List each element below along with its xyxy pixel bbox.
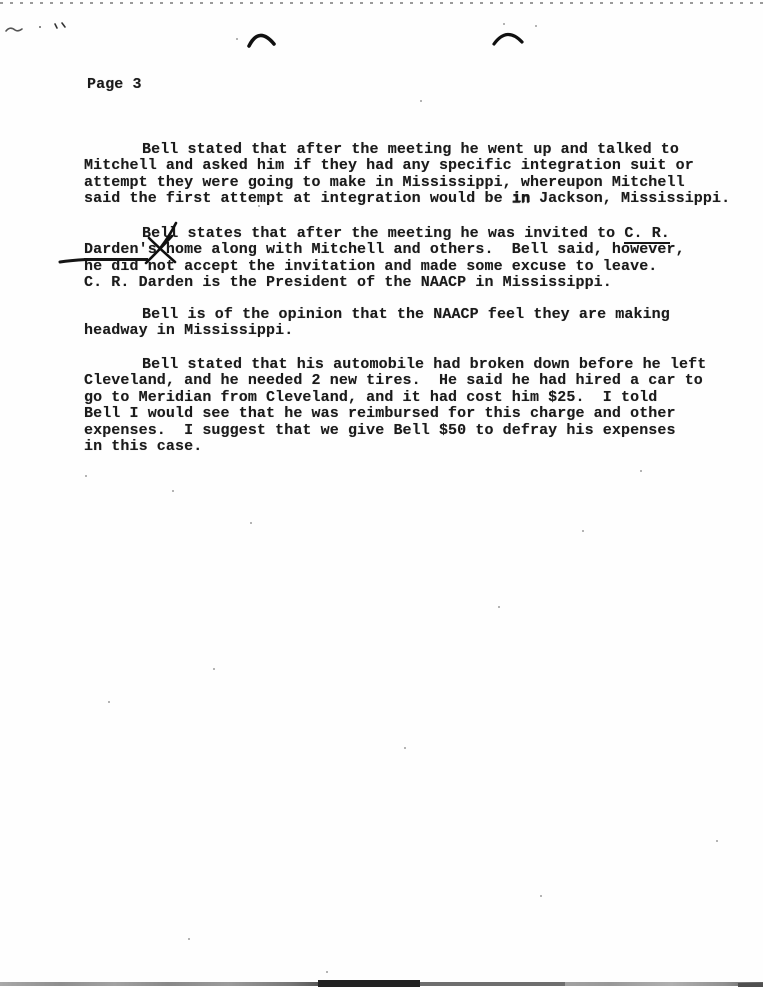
text-line: Bell states that after the meeting he wa… <box>84 226 744 242</box>
text-line: Bell is of the opinion that the NAACP fe… <box>84 307 744 323</box>
scan-speck <box>236 38 238 40</box>
scan-speck <box>582 530 584 532</box>
scan-perforation-dots <box>0 2 763 4</box>
page-number-label: Page 3 <box>87 76 142 93</box>
scan-speck <box>420 100 422 102</box>
text-segment: Jackson, Mississippi. <box>530 190 730 207</box>
scan-speck <box>498 606 500 608</box>
scan-speck <box>716 840 718 842</box>
ink-tick <box>62 23 65 27</box>
text-line: C. R. Darden is the President of the NAA… <box>84 275 744 291</box>
text-line: attempt they were going to make in Missi… <box>84 175 744 191</box>
text-line: headway in Mississippi. <box>84 323 744 339</box>
text-line: Bell I would see that he was reimbursed … <box>84 406 744 422</box>
text-segment: Bell stated that after the meeting he we… <box>142 141 679 158</box>
scan-speck <box>535 25 537 27</box>
ink-speck <box>39 26 41 28</box>
scan-speck <box>503 23 505 25</box>
text-line: in this case. <box>84 439 744 455</box>
paragraph: Bell is of the opinion that the NAACP fe… <box>84 307 744 340</box>
text-line: said the first attempt at integration wo… <box>84 191 744 207</box>
text-line: Darden's home along with Mitchell and ot… <box>84 242 744 258</box>
text-segment: headway in Mississippi. <box>84 322 293 339</box>
scan-speck <box>326 971 328 973</box>
text-segment: Bell stated that his automobile had brok… <box>142 356 706 373</box>
text-segment: Bell states that after the meeting he wa… <box>142 225 624 242</box>
text-segment: Mitchell and asked him if they had any s… <box>84 157 694 174</box>
text-segment: attempt they were going to make in Missi… <box>84 174 685 191</box>
text-line: Bell stated that his automobile had brok… <box>84 357 744 373</box>
text-segment: Cleveland, and he needed 2 new tires. He… <box>84 372 703 389</box>
scan-edge-artifact <box>420 982 565 986</box>
scan-speck <box>108 701 110 703</box>
text-segment: s home along with Mitchell and others. B… <box>148 241 685 258</box>
scan-speck <box>172 490 174 492</box>
text-segment: Bell I would see that he was reimbursed … <box>84 405 676 422</box>
text-segment: in this case. <box>84 438 202 455</box>
text-line: go to Meridian from Cleveland, and it ha… <box>84 390 744 406</box>
scanned-document-page: Page 3 Bell stated that after the meetin… <box>0 0 763 988</box>
scan-speck <box>404 747 406 749</box>
scan-speck <box>213 668 215 670</box>
text-line: he did not accept the invitation and mad… <box>84 259 744 275</box>
scan-speck <box>640 470 642 472</box>
paragraph: Bell stated that after the meeting he we… <box>84 142 744 208</box>
ink-tick <box>55 24 57 28</box>
text-segment: C. R. Darden is the President of the NAA… <box>84 274 612 291</box>
text-segment: he did not accept the invitation and mad… <box>84 258 657 275</box>
scan-speck <box>188 938 190 940</box>
text-line: Cleveland, and he needed 2 new tires. He… <box>84 373 744 389</box>
text-segment: expenses. I suggest that we give Bell $5… <box>84 422 676 439</box>
text-line: Mitchell and asked him if they had any s… <box>84 158 744 174</box>
scan-speck <box>540 895 542 897</box>
scan-speck <box>258 205 260 207</box>
pen-underline-extension <box>60 260 86 263</box>
scan-edge-artifact <box>318 980 420 987</box>
text-segment: said the first attempt at integration wo… <box>84 190 512 207</box>
scan-edge-artifact <box>738 983 763 987</box>
text-segment: go to Meridian from Cleveland, and it ha… <box>84 389 657 406</box>
text-segment: Bell is of the opinion that the NAACP fe… <box>142 306 670 323</box>
text-line: expenses. I suggest that we give Bell $5… <box>84 423 744 439</box>
ink-smudge <box>6 28 22 31</box>
pen-arc-left <box>249 35 274 46</box>
overstruck-text: in <box>512 190 530 207</box>
scan-speck <box>85 475 87 477</box>
paragraph: Bell stated that his automobile had brok… <box>84 357 744 455</box>
scan-speck <box>250 522 252 524</box>
paragraph: Bell states that after the meeting he wa… <box>84 226 744 292</box>
pen-arc-right <box>494 34 522 44</box>
text-line: Bell stated that after the meeting he we… <box>84 142 744 158</box>
